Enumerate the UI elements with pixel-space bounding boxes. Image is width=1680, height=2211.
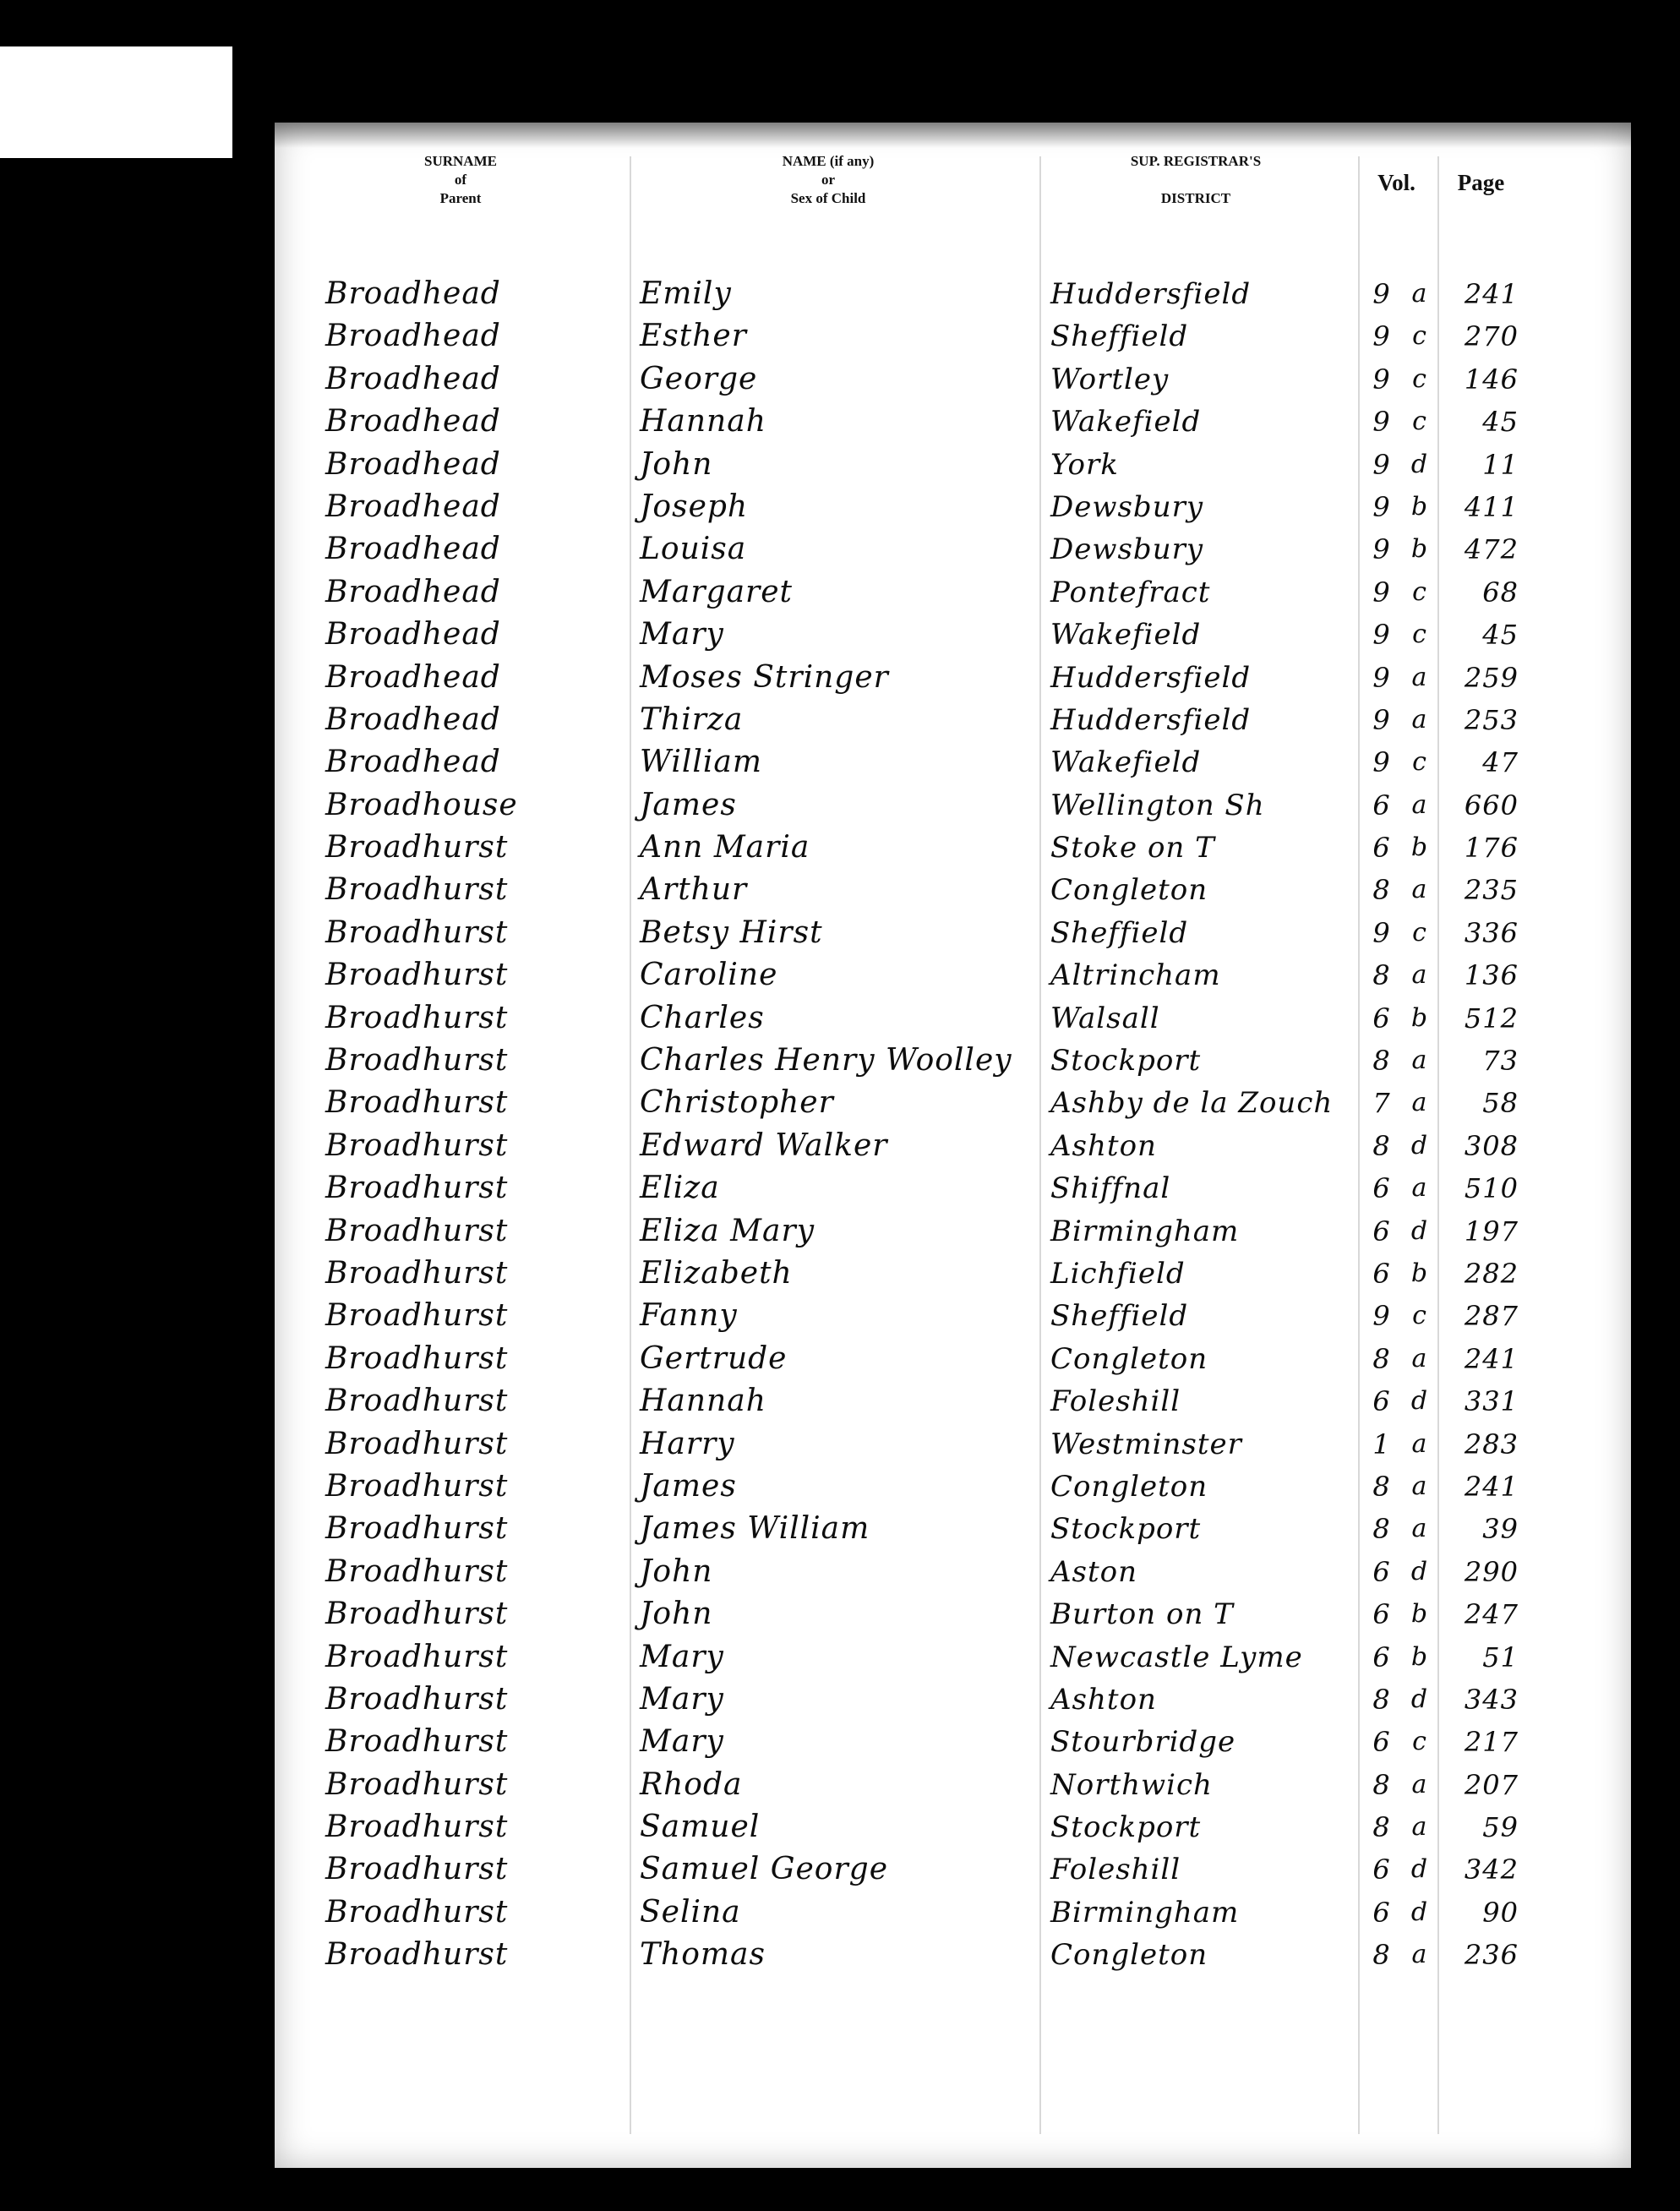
district-cell: Sheffield	[1050, 912, 1188, 954]
child-name-cell: Samuel George	[640, 1848, 888, 1891]
register-row: Broadhurst John Aston 6 d 290	[275, 1551, 1631, 1593]
register-row: Broadhurst Samuel Stockport 8 a 59	[275, 1806, 1631, 1848]
page-cell: 259	[1434, 657, 1519, 699]
header-name: NAME (if any) or Sex of Child	[748, 152, 908, 208]
volume-part-cell: c	[1407, 1721, 1432, 1763]
surname-cell: Broadhurst	[325, 1295, 508, 1337]
child-name-cell: Samuel	[640, 1806, 760, 1848]
surname-cell: Broadhurst	[325, 1210, 508, 1253]
surname-cell: Broadhead	[325, 486, 501, 528]
volume-cell: 9	[1365, 1295, 1399, 1337]
register-row: Broadhead Margaret Pontefract 9 c 68	[275, 571, 1631, 614]
volume-cell: 6	[1365, 1253, 1399, 1295]
volume-part-cell: a	[1407, 1806, 1432, 1848]
page-cell: 512	[1434, 997, 1519, 1040]
register-row: Broadhead Louisa Dewsbury 9 b 472	[275, 528, 1631, 570]
volume-cell: 6	[1365, 1593, 1399, 1635]
child-name-cell: Thomas	[640, 1934, 766, 1976]
volume-part-cell: a	[1407, 657, 1432, 699]
header-surname: SURNAME of Parent	[393, 152, 528, 208]
surname-cell: Broadhurst	[325, 1764, 508, 1806]
child-name-cell: Hannah	[640, 1380, 766, 1422]
district-cell: Foleshill	[1050, 1380, 1181, 1422]
volume-part-cell: d	[1407, 1848, 1432, 1891]
page-cell: 73	[1434, 1040, 1519, 1082]
district-cell: Dewsbury	[1050, 486, 1203, 528]
volume-part-cell: b	[1407, 1253, 1432, 1295]
page-cell: 45	[1434, 614, 1519, 656]
district-cell: Wellington Sh	[1050, 784, 1265, 827]
volume-part-cell: c	[1407, 571, 1432, 614]
volume-part-cell: b	[1407, 827, 1432, 869]
district-cell: Stockport	[1050, 1806, 1201, 1848]
volume-cell: 8	[1365, 1338, 1399, 1380]
district-cell: Congleton	[1050, 869, 1208, 911]
surname-cell: Broadhurst	[325, 1082, 508, 1124]
child-name-cell: Thirza	[640, 699, 743, 741]
register-row: Broadhurst Samuel George Foleshill 6 d 3…	[275, 1848, 1631, 1891]
volume-part-cell: a	[1407, 1082, 1432, 1124]
district-cell: Sheffield	[1050, 1295, 1188, 1337]
volume-cell: 6	[1365, 1551, 1399, 1593]
surname-cell: Broadhead	[325, 358, 501, 401]
page-cell: 51	[1434, 1636, 1519, 1679]
page-cell: 472	[1434, 528, 1519, 570]
volume-part-cell: b	[1407, 486, 1432, 528]
child-name-cell: Moses Stringer	[640, 657, 889, 699]
page-cell: 207	[1434, 1764, 1519, 1806]
district-cell: Wakefield	[1050, 401, 1201, 443]
register-row: Broadhead Mary Wakefield 9 c 45	[275, 614, 1631, 656]
surname-cell: Broadhurst	[325, 1167, 508, 1209]
volume-cell: 9	[1365, 358, 1399, 401]
volume-cell: 9	[1365, 912, 1399, 954]
volume-cell: 9	[1365, 401, 1399, 443]
register-row: Broadhurst Charles Walsall 6 b 512	[275, 997, 1631, 1040]
page-cell: 336	[1434, 912, 1519, 954]
district-cell: Stockport	[1050, 1040, 1201, 1082]
child-name-cell: James	[640, 1466, 737, 1508]
register-entries: Broadhead Emily Huddersfield 9 a 241 Bro…	[275, 273, 1631, 1977]
page-cell: 39	[1434, 1508, 1519, 1550]
district-cell: Lichfield	[1050, 1253, 1186, 1295]
volume-cell: 8	[1365, 1466, 1399, 1508]
page-cell: 270	[1434, 315, 1519, 358]
district-cell: Wakefield	[1050, 741, 1201, 783]
register-row: Broadhead Thirza Huddersfield 9 a 253	[275, 699, 1631, 741]
district-cell: Congleton	[1050, 1338, 1208, 1380]
surname-cell: Broadhurst	[325, 1125, 508, 1167]
district-cell: Foleshill	[1050, 1848, 1181, 1891]
child-name-cell: Elizabeth	[640, 1253, 793, 1295]
volume-cell: 6	[1365, 827, 1399, 869]
volume-part-cell: d	[1407, 1210, 1432, 1253]
child-name-cell: Charles	[640, 997, 765, 1040]
page-cell: 241	[1434, 1466, 1519, 1508]
volume-cell: 8	[1365, 1679, 1399, 1721]
child-name-cell: Gertrude	[640, 1338, 787, 1380]
volume-cell: 6	[1365, 1848, 1399, 1891]
volume-cell: 6	[1365, 997, 1399, 1040]
surname-cell: Broadhurst	[325, 827, 508, 869]
surname-cell: Broadhurst	[325, 997, 508, 1040]
register-row: Broadhurst Ann Maria Stoke on T 6 b 176	[275, 827, 1631, 869]
register-row: Broadhurst Eliza Mary Birmingham 6 d 197	[275, 1210, 1631, 1253]
surname-cell: Broadhurst	[325, 1253, 508, 1295]
page-cell: 282	[1434, 1253, 1519, 1295]
child-name-cell: Arthur	[640, 869, 747, 911]
district-cell: Walsall	[1050, 997, 1160, 1040]
page-cell: 343	[1434, 1679, 1519, 1721]
page-cell: 241	[1434, 273, 1519, 315]
volume-cell: 6	[1365, 1721, 1399, 1763]
page-cell: 331	[1434, 1380, 1519, 1422]
volume-part-cell: d	[1407, 1892, 1432, 1934]
register-row: Broadhurst Mary Ashton 8 d 343	[275, 1679, 1631, 1721]
surname-cell: Broadhurst	[325, 1806, 508, 1848]
page-cell: 68	[1434, 571, 1519, 614]
surname-cell: Broadhead	[325, 699, 501, 741]
volume-part-cell: d	[1407, 444, 1432, 486]
surname-cell: Broadhurst	[325, 1934, 508, 1976]
register-row: Broadhurst Christopher Ashby de la Zouch…	[275, 1082, 1631, 1124]
volume-part-cell: a	[1407, 784, 1432, 827]
district-cell: Shiffnal	[1050, 1167, 1170, 1209]
child-name-cell: John	[640, 444, 712, 486]
volume-part-cell: c	[1407, 401, 1432, 443]
surname-cell: Broadhead	[325, 571, 501, 614]
volume-part-cell: c	[1407, 358, 1432, 401]
header-page: Page	[1441, 169, 1521, 196]
volume-cell: 6	[1365, 1167, 1399, 1209]
child-name-cell: Mary	[640, 1636, 724, 1679]
register-row: Broadhurst Elizabeth Lichfield 6 b 282	[275, 1253, 1631, 1295]
register-row: Broadhurst Betsy Hirst Sheffield 9 c 336	[275, 912, 1631, 954]
volume-cell: 8	[1365, 869, 1399, 911]
register-row: Broadhurst James William Stockport 8 a 3…	[275, 1508, 1631, 1550]
surname-cell: Broadhead	[325, 273, 501, 315]
surname-cell: Broadhurst	[325, 1679, 508, 1721]
district-cell: Birmingham	[1050, 1892, 1239, 1934]
volume-part-cell: c	[1407, 912, 1432, 954]
volume-cell: 9	[1365, 741, 1399, 783]
surname-cell: Broadhead	[325, 444, 501, 486]
surname-cell: Broadhurst	[325, 1380, 508, 1422]
surname-cell: Broadhurst	[325, 1721, 508, 1763]
volume-part-cell: b	[1407, 1636, 1432, 1679]
volume-part-cell: c	[1407, 741, 1432, 783]
page-cell: 235	[1434, 869, 1519, 911]
page-cell: 510	[1434, 1167, 1519, 1209]
volume-cell: 1	[1365, 1423, 1399, 1466]
header-district: SUP. REGISTRAR'S DISTRICT	[1086, 152, 1306, 208]
child-name-cell: John	[640, 1593, 712, 1635]
scan-margin-label	[0, 46, 232, 158]
volume-cell: 6	[1365, 1380, 1399, 1422]
surname-cell: Broadhurst	[325, 1551, 508, 1593]
register-row: Broadhead William Wakefield 9 c 47	[275, 741, 1631, 783]
district-cell: Burton on T	[1050, 1593, 1234, 1635]
page-cell: 197	[1434, 1210, 1519, 1253]
child-name-cell: Ann Maria	[640, 827, 810, 869]
child-name-cell: Edward Walker	[640, 1125, 887, 1167]
surname-cell: Broadhead	[325, 315, 501, 358]
volume-part-cell: c	[1407, 614, 1432, 656]
surname-cell: Broadhurst	[325, 1892, 508, 1934]
volume-cell: 9	[1365, 273, 1399, 315]
child-name-cell: Louisa	[640, 528, 746, 570]
surname-cell: Broadhurst	[325, 1848, 508, 1891]
surname-cell: Broadhead	[325, 657, 501, 699]
volume-cell: 9	[1365, 657, 1399, 699]
register-row: Broadhurst Mary Newcastle Lyme 6 b 51	[275, 1636, 1631, 1679]
volume-part-cell: a	[1407, 1338, 1432, 1380]
surname-cell: Broadhurst	[325, 1508, 508, 1550]
child-name-cell: Harry	[640, 1423, 735, 1466]
surname-cell: Broadhead	[325, 401, 501, 443]
register-row: Broadhurst Eliza Shiffnal 6 a 510	[275, 1167, 1631, 1209]
register-row: Broadhead Hannah Wakefield 9 c 45	[275, 401, 1631, 443]
district-cell: Congleton	[1050, 1934, 1208, 1976]
district-cell: Stourbridge	[1050, 1721, 1235, 1763]
district-cell: Birmingham	[1050, 1210, 1239, 1253]
register-row: Broadhurst Harry Westminster 1 a 283	[275, 1423, 1631, 1466]
register-row: Broadhurst Arthur Congleton 8 a 235	[275, 869, 1631, 911]
surname-cell: Broadhurst	[325, 1423, 508, 1466]
page-cell: 411	[1434, 486, 1519, 528]
page-cell: 283	[1434, 1423, 1519, 1466]
district-cell: Ashby de la Zouch	[1050, 1082, 1333, 1124]
district-cell: Ashton	[1050, 1125, 1157, 1167]
surname-cell: Broadhurst	[325, 1338, 508, 1380]
child-name-cell: Eliza	[640, 1167, 720, 1209]
surname-cell: Broadhouse	[325, 784, 518, 827]
volume-part-cell: a	[1407, 869, 1432, 911]
page-cell: 660	[1434, 784, 1519, 827]
register-row: Broadhurst Fanny Sheffield 9 c 287	[275, 1295, 1631, 1337]
page-cell: 247	[1434, 1593, 1519, 1635]
register-row: Broadhurst James Congleton 8 a 241	[275, 1466, 1631, 1508]
page-cell: 90	[1434, 1892, 1519, 1934]
surname-cell: Broadhurst	[325, 912, 508, 954]
district-cell: Altrincham	[1050, 954, 1221, 996]
page-cell: 146	[1434, 358, 1519, 401]
volume-part-cell: a	[1407, 1423, 1432, 1466]
page-cell: 47	[1434, 741, 1519, 783]
child-name-cell: George	[640, 358, 757, 401]
district-cell: Pontefract	[1050, 571, 1210, 614]
register-page: SURNAME of Parent NAME (if any) or Sex o…	[275, 123, 1631, 2168]
page-cell: 253	[1434, 699, 1519, 741]
volume-part-cell: a	[1407, 1764, 1432, 1806]
child-name-cell: Betsy Hirst	[640, 912, 823, 954]
page-cell: 308	[1434, 1125, 1519, 1167]
district-cell: Ashton	[1050, 1679, 1157, 1721]
child-name-cell: Joseph	[640, 486, 748, 528]
register-row: Broadhurst Edward Walker Ashton 8 d 308	[275, 1125, 1631, 1167]
district-cell: Wortley	[1050, 358, 1169, 401]
page-cell: 241	[1434, 1338, 1519, 1380]
volume-cell: 9	[1365, 699, 1399, 741]
volume-part-cell: b	[1407, 997, 1432, 1040]
volume-cell: 8	[1365, 1764, 1399, 1806]
volume-cell: 9	[1365, 315, 1399, 358]
child-name-cell: Mary	[640, 614, 724, 656]
register-row: Broadhead Esther Sheffield 9 c 270	[275, 315, 1631, 358]
district-cell: Stoke on T	[1050, 827, 1215, 869]
child-name-cell: James	[640, 784, 737, 827]
volume-cell: 8	[1365, 1806, 1399, 1848]
volume-cell: 8	[1365, 1508, 1399, 1550]
volume-part-cell: b	[1407, 1593, 1432, 1635]
register-row: Broadhurst Charles Henry Woolley Stockpo…	[275, 1040, 1631, 1082]
child-name-cell: Christopher	[640, 1082, 834, 1124]
volume-cell: 6	[1365, 784, 1399, 827]
header-vol: Vol.	[1361, 169, 1432, 196]
child-name-cell: Eliza Mary	[640, 1210, 815, 1253]
district-cell: Dewsbury	[1050, 528, 1203, 570]
page-cell: 342	[1434, 1848, 1519, 1891]
volume-cell: 6	[1365, 1636, 1399, 1679]
volume-part-cell: a	[1407, 699, 1432, 741]
surname-cell: Broadhurst	[325, 1466, 508, 1508]
volume-part-cell: d	[1407, 1551, 1432, 1593]
district-cell: Westminster	[1050, 1423, 1242, 1466]
district-cell: Newcastle Lyme	[1050, 1636, 1303, 1679]
volume-cell: 8	[1365, 1040, 1399, 1082]
child-name-cell: Caroline	[640, 954, 777, 996]
volume-part-cell: a	[1407, 954, 1432, 996]
child-name-cell: James William	[640, 1508, 870, 1550]
page-cell: 287	[1434, 1295, 1519, 1337]
page-cell: 11	[1434, 444, 1519, 486]
register-row: Broadhurst Mary Stourbridge 6 c 217	[275, 1721, 1631, 1763]
child-name-cell: Fanny	[640, 1295, 738, 1337]
surname-cell: Broadhead	[325, 614, 501, 656]
register-row: Broadhead Moses Stringer Huddersfield 9 …	[275, 657, 1631, 699]
volume-part-cell: d	[1407, 1679, 1432, 1721]
volume-part-cell: a	[1407, 1167, 1432, 1209]
register-row: Broadhouse James Wellington Sh 6 a 660	[275, 784, 1631, 827]
surname-cell: Broadhurst	[325, 1636, 508, 1679]
page-cell: 59	[1434, 1806, 1519, 1848]
volume-cell: 9	[1365, 444, 1399, 486]
register-row: Broadhurst Rhoda Northwich 8 a 207	[275, 1764, 1631, 1806]
volume-part-cell: c	[1407, 1295, 1432, 1337]
volume-cell: 9	[1365, 528, 1399, 570]
register-row: Broadhurst Thomas Congleton 8 a 236	[275, 1934, 1631, 1976]
page-cell: 236	[1434, 1934, 1519, 1976]
district-cell: Huddersfield	[1050, 699, 1251, 741]
child-name-cell: John	[640, 1551, 712, 1593]
volume-cell: 7	[1365, 1082, 1399, 1124]
volume-cell: 6	[1365, 1210, 1399, 1253]
register-row: Broadhead George Wortley 9 c 146	[275, 358, 1631, 401]
register-row: Broadhead Emily Huddersfield 9 a 241	[275, 273, 1631, 315]
volume-cell: 9	[1365, 486, 1399, 528]
volume-part-cell: a	[1407, 1508, 1432, 1550]
volume-cell: 8	[1365, 954, 1399, 996]
child-name-cell: Selina	[640, 1892, 741, 1934]
volume-part-cell: c	[1407, 315, 1432, 358]
volume-cell: 6	[1365, 1892, 1399, 1934]
register-row: Broadhurst Hannah Foleshill 6 d 331	[275, 1380, 1631, 1422]
district-cell: Sheffield	[1050, 315, 1188, 358]
child-name-cell: Hannah	[640, 401, 766, 443]
district-cell: Stockport	[1050, 1508, 1201, 1550]
register-row: Broadhurst Caroline Altrincham 8 a 136	[275, 954, 1631, 996]
volume-part-cell: b	[1407, 528, 1432, 570]
page-cell: 136	[1434, 954, 1519, 996]
volume-part-cell: d	[1407, 1125, 1432, 1167]
district-cell: Huddersfield	[1050, 273, 1251, 315]
page-cell: 58	[1434, 1082, 1519, 1124]
register-row: Broadhurst John Burton on T 6 b 247	[275, 1593, 1631, 1635]
district-cell: Wakefield	[1050, 614, 1201, 656]
volume-cell: 8	[1365, 1125, 1399, 1167]
surname-cell: Broadhead	[325, 741, 501, 783]
volume-part-cell: d	[1407, 1380, 1432, 1422]
child-name-cell: Rhoda	[640, 1764, 742, 1806]
register-row: Broadhead John York 9 d 11	[275, 444, 1631, 486]
volume-part-cell: a	[1407, 273, 1432, 315]
register-row: Broadhurst Selina Birmingham 6 d 90	[275, 1892, 1631, 1934]
register-row: Broadhead Joseph Dewsbury 9 b 411	[275, 486, 1631, 528]
page-cell: 176	[1434, 827, 1519, 869]
volume-part-cell: a	[1407, 1040, 1432, 1082]
child-name-cell: Esther	[640, 315, 747, 358]
surname-cell: Broadhurst	[325, 954, 508, 996]
surname-cell: Broadhead	[325, 528, 501, 570]
district-cell: York	[1050, 444, 1119, 486]
surname-cell: Broadhurst	[325, 869, 508, 911]
district-cell: Aston	[1050, 1551, 1137, 1593]
district-cell: Northwich	[1050, 1764, 1213, 1806]
surname-cell: Broadhurst	[325, 1040, 508, 1082]
child-name-cell: Margaret	[640, 571, 793, 614]
register-row: Broadhurst Gertrude Congleton 8 a 241	[275, 1338, 1631, 1380]
surname-cell: Broadhurst	[325, 1593, 508, 1635]
child-name-cell: Mary	[640, 1721, 724, 1763]
volume-cell: 8	[1365, 1934, 1399, 1976]
volume-part-cell: a	[1407, 1466, 1432, 1508]
volume-cell: 9	[1365, 571, 1399, 614]
volume-cell: 9	[1365, 614, 1399, 656]
page-cell: 290	[1434, 1551, 1519, 1593]
volume-part-cell: a	[1407, 1934, 1432, 1976]
child-name-cell: Charles Henry Woolley	[640, 1040, 1012, 1082]
page-cell: 217	[1434, 1721, 1519, 1763]
page-cell: 45	[1434, 401, 1519, 443]
child-name-cell: Mary	[640, 1679, 724, 1721]
child-name-cell: Emily	[640, 273, 732, 315]
district-cell: Huddersfield	[1050, 657, 1251, 699]
child-name-cell: William	[640, 741, 762, 783]
district-cell: Congleton	[1050, 1466, 1208, 1508]
